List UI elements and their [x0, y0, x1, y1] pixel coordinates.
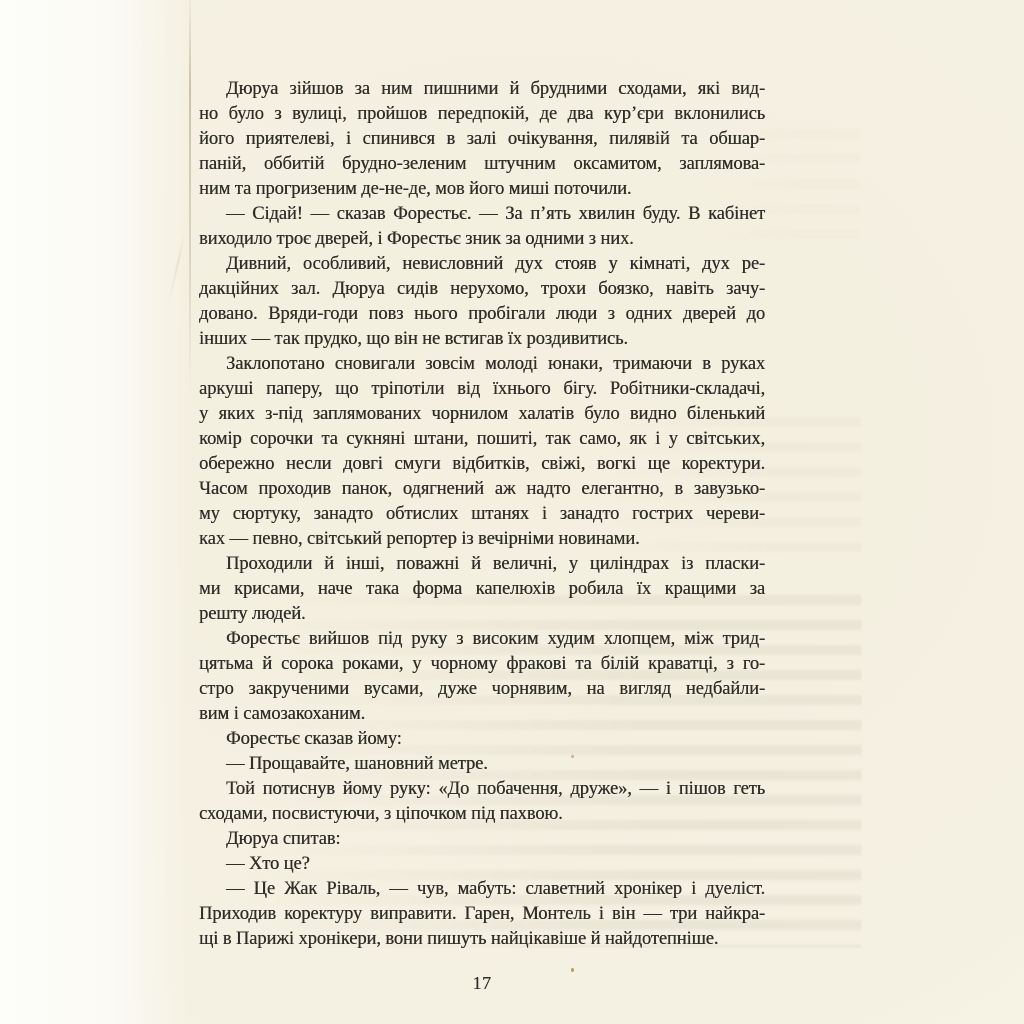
paragraph: — Прощавайте, шановний метре.: [199, 752, 765, 777]
paragraph: — Це Жак Ріваль, — чув, мабуть: славетни…: [199, 877, 765, 952]
paragraph: — Сідай! — сказав Форестьє. — За п’ять х…: [199, 202, 765, 252]
text-line: — Сідай! — сказав Форестьє. — За п’ять х…: [199, 202, 765, 227]
text-line: паній, оббитій брудно-зеленим штучним ок…: [199, 152, 765, 177]
text-line: вим і самозакоханим.: [199, 702, 765, 727]
paragraph: Дюруа спитав:: [199, 827, 765, 852]
paragraph: Дивний, особливий, невисловний дух стояв…: [199, 252, 765, 352]
paragraph: Проходили й інші, поважні й величні, у ц…: [199, 552, 765, 627]
paper-speck: [571, 968, 574, 972]
paragraph: Заклопотано сновигали зовсім молоді юнак…: [199, 352, 765, 552]
paper-speck: [571, 755, 574, 758]
text-line: му сюртуку, занадто обтислих штанях і за…: [199, 502, 765, 527]
text-line: Той потиснув йому руку: «До побачення, д…: [199, 777, 765, 802]
text-line: аркуші паперу, що тріпотіли від їхнього …: [199, 377, 765, 402]
text-line: цятьма й сорока роками, у чорному фраков…: [199, 652, 765, 677]
text-line: — Прощавайте, шановний метре.: [199, 752, 765, 777]
text-line: у яких з-під заплямованих чорнилом халат…: [199, 402, 765, 427]
text-line: Заклопотано сновигали зовсім молоді юнак…: [199, 352, 765, 377]
page-text: Дюруа зійшов за ним пишними й брудними с…: [199, 77, 765, 952]
text-line: ним та прогризеним де-не-де, мов його ми…: [199, 177, 765, 202]
text-line: Дюруа спитав:: [199, 827, 765, 852]
text-line: но було з вулиці, пройшов передпокій, де…: [199, 102, 765, 127]
paragraph: — Хто це?: [199, 852, 765, 877]
paragraph: Форестьє сказав йому:: [199, 727, 765, 752]
text-line: — Хто це?: [199, 852, 765, 877]
paragraph: Той потиснув йому руку: «До побачення, д…: [199, 777, 765, 827]
text-line: комір сорочки та сукняні штани, пошиті, …: [199, 427, 765, 452]
page-number: 17: [199, 973, 765, 994]
text-line: Часом проходив панок, одягнений аж надто…: [199, 477, 765, 502]
text-line: стро закрученими вусами, дуже чорнявим, …: [199, 677, 765, 702]
book-page-scan: Дюруа зійшов за ним пишними й брудними с…: [0, 0, 1024, 1024]
text-line: сходами, посвистуючи, з ціпочком під пах…: [199, 802, 765, 827]
text-line: щі в Парижі хронікери, вони пишуть найці…: [199, 927, 765, 952]
text-line: Проходили й інші, поважні й величні, у ц…: [199, 552, 765, 577]
text-line: ми крисами, наче така форма капелюхів ро…: [199, 577, 765, 602]
paragraph: Дюруа зійшов за ним пишними й брудними с…: [199, 77, 765, 202]
text-line: — Це Жак Ріваль, — чув, мабуть: славетни…: [199, 877, 765, 902]
text-line: його приятелеві, і спинився в залі очіку…: [199, 127, 765, 152]
text-line: Форестьє вийшов під руку з високим худим…: [199, 627, 765, 652]
text-line: Форестьє сказав йому:: [199, 727, 765, 752]
scan-left-margin: [0, 0, 188, 1024]
text-line: Приходив коректуру виправити. Гарен, Мон…: [199, 902, 765, 927]
text-line: обережно несли довгі смуги відбитків, св…: [199, 452, 765, 477]
text-line: довано. Вряди-годи повз нього пробігали …: [199, 302, 765, 327]
text-line: решту людей.: [199, 602, 765, 627]
page-edge-crease: [189, 0, 191, 395]
text-line: Дюруа зійшов за ним пишними й брудними с…: [199, 77, 765, 102]
text-line: виходило троє дверей, і Форестьє зник за…: [199, 227, 765, 252]
text-line: інших — так прудко, що він не встигав їх…: [199, 327, 765, 352]
text-line: дакційних зал. Дюруа сидів нерухомо, тро…: [199, 277, 765, 302]
paragraph: Форестьє вийшов під руку з високим худим…: [199, 627, 765, 727]
text-line: Дивний, особливий, невисловний дух стояв…: [199, 252, 765, 277]
text-line: ках — певно, світський репортер із вечір…: [199, 527, 765, 552]
